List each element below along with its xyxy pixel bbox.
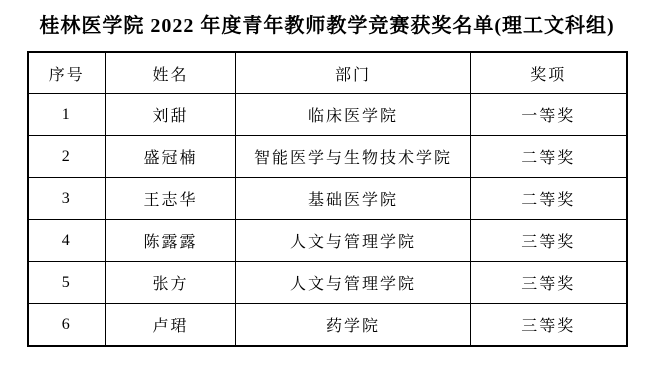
- document-page: 桂林医学院 2022 年度青年教师教学竞赛获奖名单(理工文科组) 序号 姓名 部…: [0, 0, 654, 385]
- col-header-award: 奖项: [471, 52, 627, 94]
- cell-award: 三等奖: [471, 304, 627, 347]
- table-row: 4 陈露露 人文与管理学院 三等奖: [28, 220, 627, 262]
- col-header-index: 序号: [28, 52, 106, 94]
- cell-index: 4: [28, 220, 106, 262]
- table-row: 1 刘甜 临床医学院 一等奖: [28, 94, 627, 136]
- table-header-row: 序号 姓名 部门 奖项: [28, 52, 627, 94]
- table-row: 6 卢珺 药学院 三等奖: [28, 304, 627, 347]
- cell-dept: 智能医学与生物技术学院: [236, 136, 471, 178]
- cell-dept: 基础医学院: [236, 178, 471, 220]
- cell-dept: 临床医学院: [236, 94, 471, 136]
- cell-index: 3: [28, 178, 106, 220]
- cell-name: 王志华: [106, 178, 236, 220]
- cell-index: 2: [28, 136, 106, 178]
- cell-name: 张方: [106, 262, 236, 304]
- cell-index: 1: [28, 94, 106, 136]
- cell-name: 盛冠楠: [106, 136, 236, 178]
- document-title: 桂林医学院 2022 年度青年教师教学竞赛获奖名单(理工文科组): [0, 0, 654, 40]
- cell-award: 三等奖: [471, 220, 627, 262]
- cell-index: 6: [28, 304, 106, 347]
- table-row: 2 盛冠楠 智能医学与生物技术学院 二等奖: [28, 136, 627, 178]
- cell-dept: 药学院: [236, 304, 471, 347]
- col-header-dept: 部门: [236, 52, 471, 94]
- award-table: 序号 姓名 部门 奖项 1 刘甜 临床医学院 一等奖 2 盛冠楠 智能医学与生物…: [27, 51, 628, 347]
- cell-dept: 人文与管理学院: [236, 262, 471, 304]
- cell-award: 二等奖: [471, 136, 627, 178]
- table-row: 3 王志华 基础医学院 二等奖: [28, 178, 627, 220]
- cell-index: 5: [28, 262, 106, 304]
- cell-name: 陈露露: [106, 220, 236, 262]
- table-row: 5 张方 人文与管理学院 三等奖: [28, 262, 627, 304]
- cell-award: 一等奖: [471, 94, 627, 136]
- cell-name: 刘甜: [106, 94, 236, 136]
- cell-dept: 人文与管理学院: [236, 220, 471, 262]
- col-header-name: 姓名: [106, 52, 236, 94]
- cell-name: 卢珺: [106, 304, 236, 347]
- cell-award: 三等奖: [471, 262, 627, 304]
- cell-award: 二等奖: [471, 178, 627, 220]
